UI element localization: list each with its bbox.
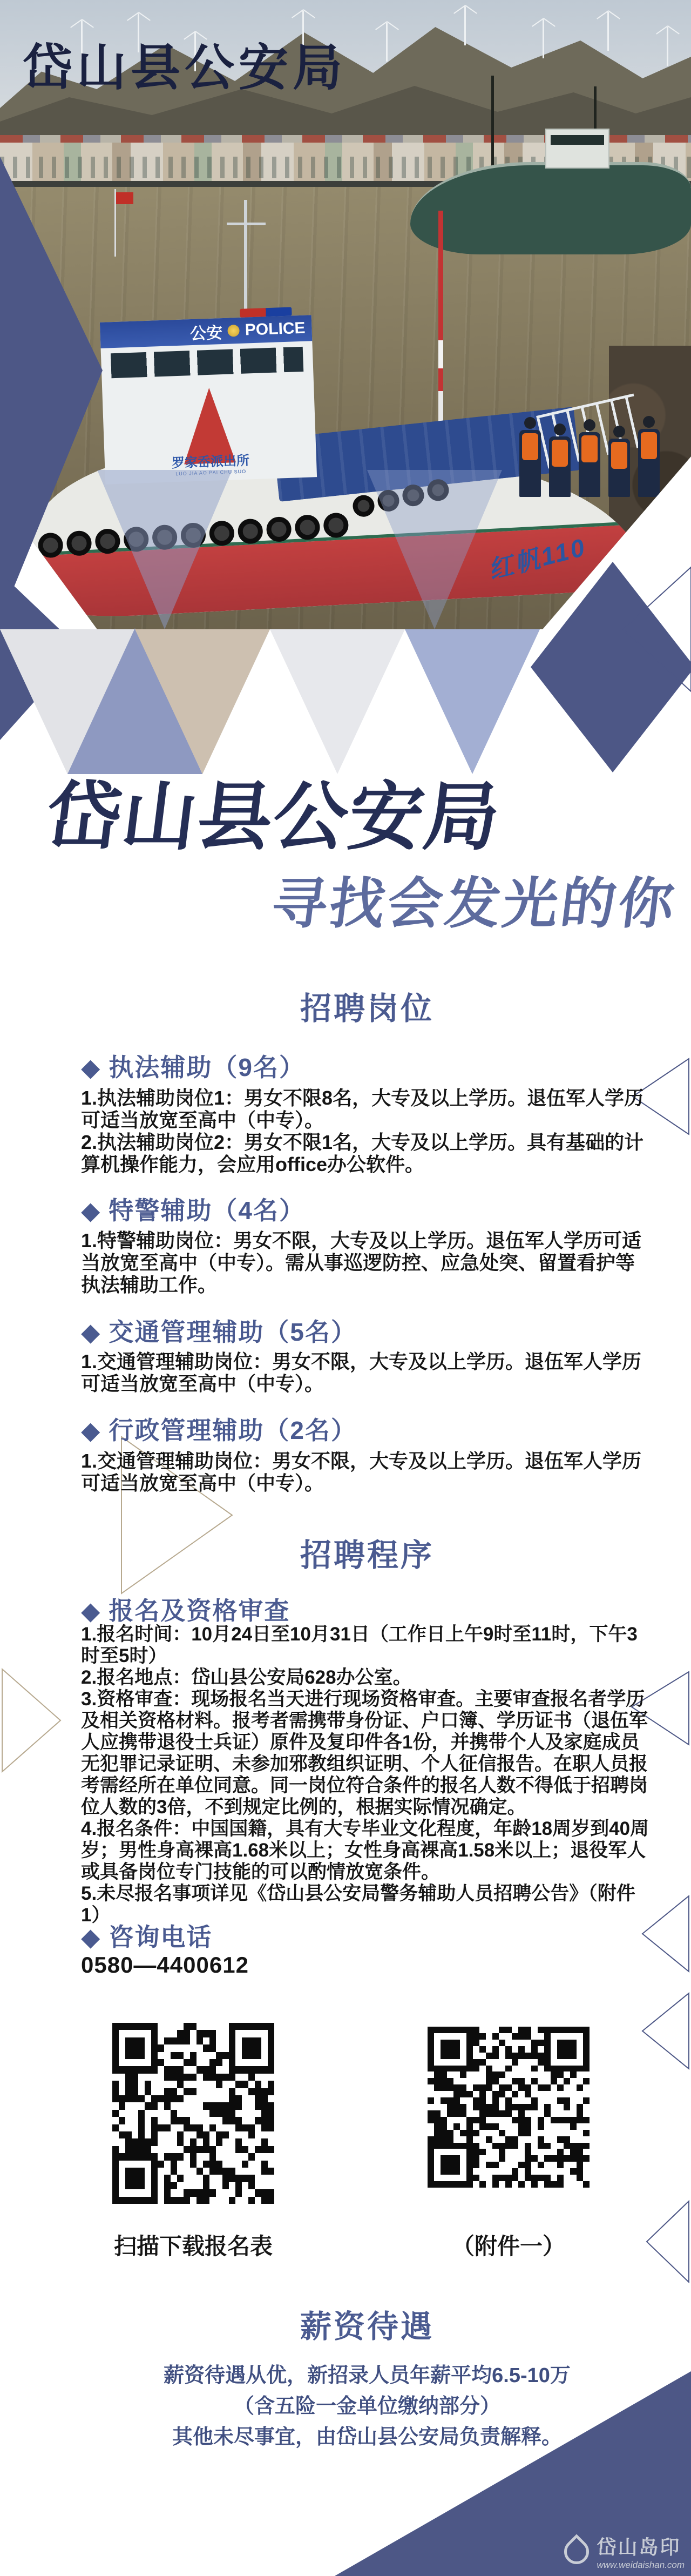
police-officers	[518, 416, 661, 497]
job-detail: 1.交通管理辅助岗位：男女不限，大专及以上学历。退伍军人学历可适当放宽至高中（中…	[81, 1450, 653, 1494]
procedure-detail: 1.报名时间：10月24日至10月31日（工作日上午9时至11时，下午3时至5时…	[81, 1624, 653, 1667]
officer-figure	[637, 416, 661, 497]
job-title-text: 特警辅助（4名）	[109, 1196, 305, 1225]
job-detail: 1.交通管理辅助岗位：男女不限，大专及以上学历。退伍军人学历可适当放宽至高中（中…	[81, 1350, 653, 1395]
job-detail: 1.特警辅助岗位：男女不限，大专及以上学历。退伍军人学历可适当放宽至高中（中专）…	[81, 1229, 653, 1296]
wind-turbine-icon	[607, 12, 609, 51]
contact-phone: 0580—4400612	[81, 1952, 249, 1978]
police-boat: 公安 POLICE 罗家岙派出所 LUO JIA AO PAI CHU SUO …	[22, 189, 659, 629]
tire-fender	[323, 512, 349, 539]
tire-fender	[266, 516, 292, 542]
wind-turbine-icon	[543, 19, 544, 58]
recruitment-poster: 公安 POLICE 罗家岙派出所 LUO JIA AO PAI CHU SUO …	[0, 0, 691, 2576]
hero-photo: 公安 POLICE 罗家岙派出所 LUO JIA AO PAI CHU SUO …	[0, 0, 691, 629]
subtitle: 寻找会发光的你	[268, 860, 682, 939]
procedure-details: 1.报名时间：10月24日至10月31日（工作日上午9时至11时，下午3时至5时…	[81, 1624, 653, 1926]
gray-triangle	[270, 629, 405, 774]
job-title-text: 交通管理辅助（5名）	[109, 1318, 357, 1346]
tire-fender	[294, 514, 321, 541]
wind-turbine-icon	[667, 27, 668, 66]
positions-heading: 招聘岗位	[81, 983, 653, 1028]
procedure-detail: 3.资格审查：现场报名当天进行现场资格审查。主要审查报名者学历及相关资格材料。报…	[81, 1689, 653, 1818]
qr-code-attachment	[428, 2027, 590, 2188]
job-details-swat: 1.特警辅助岗位：男女不限，大专及以上学历。退伍军人学历可适当放宽至高中（中专）…	[81, 1229, 653, 1296]
diamond-bullet-icon: ◆	[81, 1416, 101, 1444]
diamond-bullet-icon: ◆	[81, 1196, 101, 1225]
job-title-swat: ◆特警辅助（4名）	[81, 1191, 305, 1227]
salary-line: 薪资待遇从优，新招录人员年薪平均6.5-10万	[81, 2358, 653, 2388]
qr-code-download-form	[112, 2023, 274, 2204]
tire-fender	[37, 532, 64, 559]
salary-heading: 薪资待遇	[81, 2301, 653, 2346]
cabin-windows	[111, 347, 303, 378]
steel-triangle	[405, 629, 540, 774]
qr-caption-right: （附件一）	[428, 2229, 590, 2261]
diamond-bullet-icon: ◆	[81, 1053, 101, 1081]
cabin-text-gongan: 公安	[189, 319, 222, 344]
procedure-heading: 招聘程序	[81, 1530, 653, 1575]
officer-figure	[518, 417, 542, 497]
main-title: 岱山县公安局	[41, 757, 507, 864]
job-title-traffic: ◆交通管理辅助（5名）	[81, 1313, 357, 1348]
contact-heading: ◆咨询电话	[81, 1918, 212, 1953]
watermark: 岱山岛印 www.weidaishan.com	[564, 2532, 685, 2571]
cabin-text-police: POLICE	[245, 319, 306, 340]
job-title-admin: ◆行政管理辅助（2名）	[81, 1411, 357, 1447]
diamond-bullet-icon: ◆	[81, 1597, 101, 1625]
red-flag	[116, 192, 133, 204]
procedure-detail: 2.报名地点：岱山县公安局628办公室。	[81, 1667, 653, 1689]
diamond-bullet-icon: ◆	[81, 1923, 101, 1951]
job-title-law-enforcement: ◆执法辅助（9名）	[81, 1048, 305, 1084]
watermark-url: www.weidaishan.com	[597, 2560, 685, 2571]
watermark-brand: 岱山岛印	[597, 2532, 685, 2560]
cabin-police-band: 公安 POLICE	[100, 315, 312, 348]
tire-fender	[66, 530, 92, 556]
wind-turbine-icon	[464, 6, 466, 45]
droplet-logo-icon	[559, 2534, 594, 2569]
contact-heading-text: 咨询电话	[109, 1923, 212, 1951]
photo-overlay-title: 岱山县公安局	[23, 28, 347, 99]
mast-crossbar	[227, 223, 266, 225]
job-detail: 2.执法辅助岗位2：男女不限1名，大专及以上学历。具有基础的计算机操作能力，会应…	[81, 1131, 653, 1175]
job-detail: 1.执法辅助岗位1：男女不限8名，大专及以上学历。退伍军人学历可适当放宽至高中（…	[81, 1087, 653, 1131]
qr-caption-left: 扫描下载报名表	[112, 2229, 274, 2261]
salary-line: （含五险一金单位缴纳部分）	[81, 2389, 653, 2419]
job-title-text: 执法辅助（9名）	[109, 1053, 305, 1081]
job-details-law-enforcement: 1.执法辅助岗位1：男女不限8名，大专及以上学历。退伍军人学历可适当放宽至高中（…	[81, 1087, 653, 1175]
job-details-admin: 1.交通管理辅助岗位：男女不限，大专及以上学历。退伍军人学历可适当放宽至高中（中…	[81, 1450, 653, 1494]
salary-line: 其他未尽事宜，由岱山县公安局负责解释。	[81, 2420, 653, 2450]
officer-figure	[607, 426, 631, 497]
fishing-boat-cabin	[545, 129, 609, 169]
tire-fender	[237, 518, 263, 544]
boat-cabin: 公安 POLICE 罗家岙派出所 LUO JIA AO PAI CHU SUO	[100, 315, 317, 484]
tire-fender	[351, 493, 376, 519]
officer-figure	[548, 423, 572, 497]
tire-fender	[94, 528, 121, 555]
main-mast	[244, 200, 247, 321]
procedure-subheading: ◆报名及资格审查	[81, 1591, 290, 1627]
procedure-subheading-text: 报名及资格审查	[109, 1597, 290, 1625]
tire-fender	[208, 520, 235, 547]
fishing-boat-mast	[491, 76, 494, 167]
station-name-text: 罗家岙派出所	[172, 453, 250, 470]
job-details-traffic: 1.交通管理辅助岗位：男女不限，大专及以上学历。退伍军人学历可适当放宽至高中（中…	[81, 1350, 653, 1395]
officer-figure	[578, 419, 601, 497]
procedure-detail: 4.报名条件：中国国籍，具有大专毕业文化程度，年龄18周岁到40周岁；男性身高裸…	[81, 1818, 653, 1883]
police-badge-icon	[228, 325, 240, 337]
job-title-text: 行政管理辅助（2名）	[109, 1416, 357, 1444]
diamond-bullet-icon: ◆	[81, 1318, 101, 1346]
wind-turbine-icon	[386, 23, 388, 62]
